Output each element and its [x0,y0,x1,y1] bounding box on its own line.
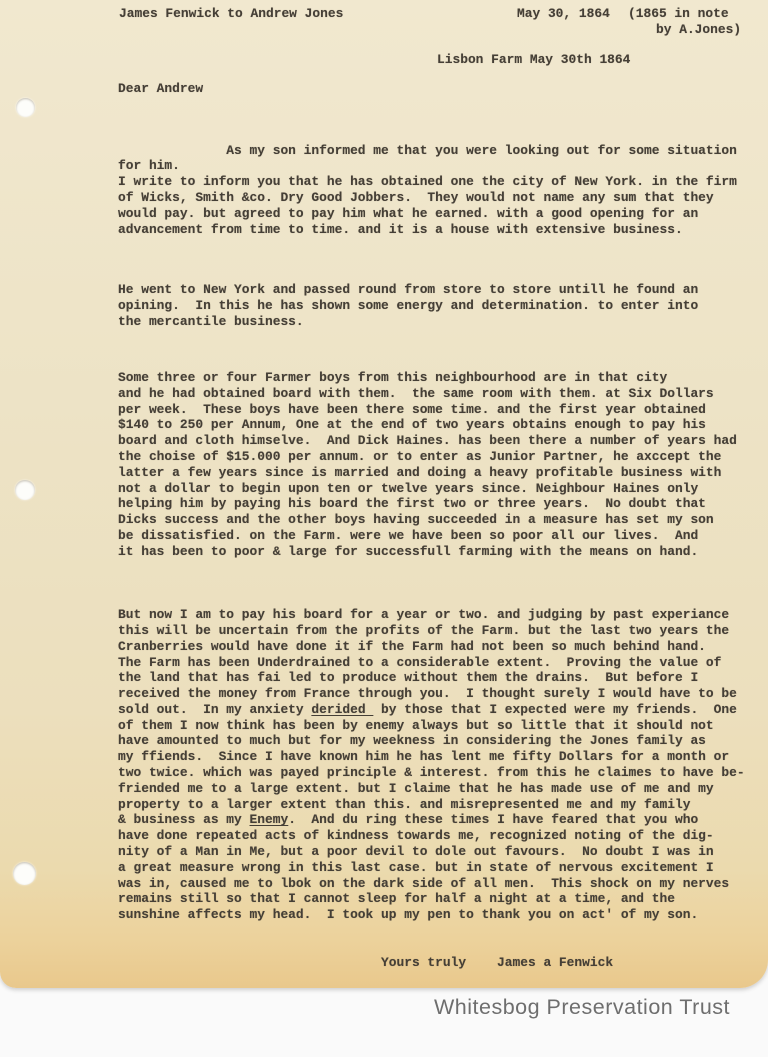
header-date: May 30, 1864 [517,6,610,22]
watermark-text: Whitesbog Preservation Trust [434,995,730,1020]
letter-body: As my son informed me that you were look… [118,111,758,1002]
paragraph-4: But now I am to pay his board for a year… [118,607,758,923]
header-from-to: James Fenwick to Andrew Jones [119,6,343,22]
header-note-line1: (1865 in note [628,6,729,22]
underlined-word-derided: derided [311,702,373,717]
paragraph-3: Some three or four Farmer boys from this… [118,370,758,560]
paragraph-4-text: But now I am to pay his board for a year… [118,607,737,717]
paragraph-2: He went to New York and passed round fro… [118,282,758,329]
paragraph-4-text: . And du ring these times I have feared … [118,812,729,922]
letter-salutation: Dear Andrew [118,81,203,97]
letter-dateline: Lisbon Farm May 30th 1864 [437,52,630,68]
signature-line: Yours truly James a Fenwick [118,955,758,971]
hole-punch-top [16,98,35,117]
paragraph-4-text: by those that I expected were my friends… [118,702,745,828]
underlined-word-enemy: Enemy [250,812,289,827]
letter-scan-page: James Fenwick to Andrew Jones May 30, 18… [0,0,768,1057]
header-note-line2: by A.Jones) [656,22,741,38]
hole-punch-bottom [13,862,36,885]
paragraph-1: As my son informed me that you were look… [118,143,758,238]
hole-punch-middle [15,480,35,500]
